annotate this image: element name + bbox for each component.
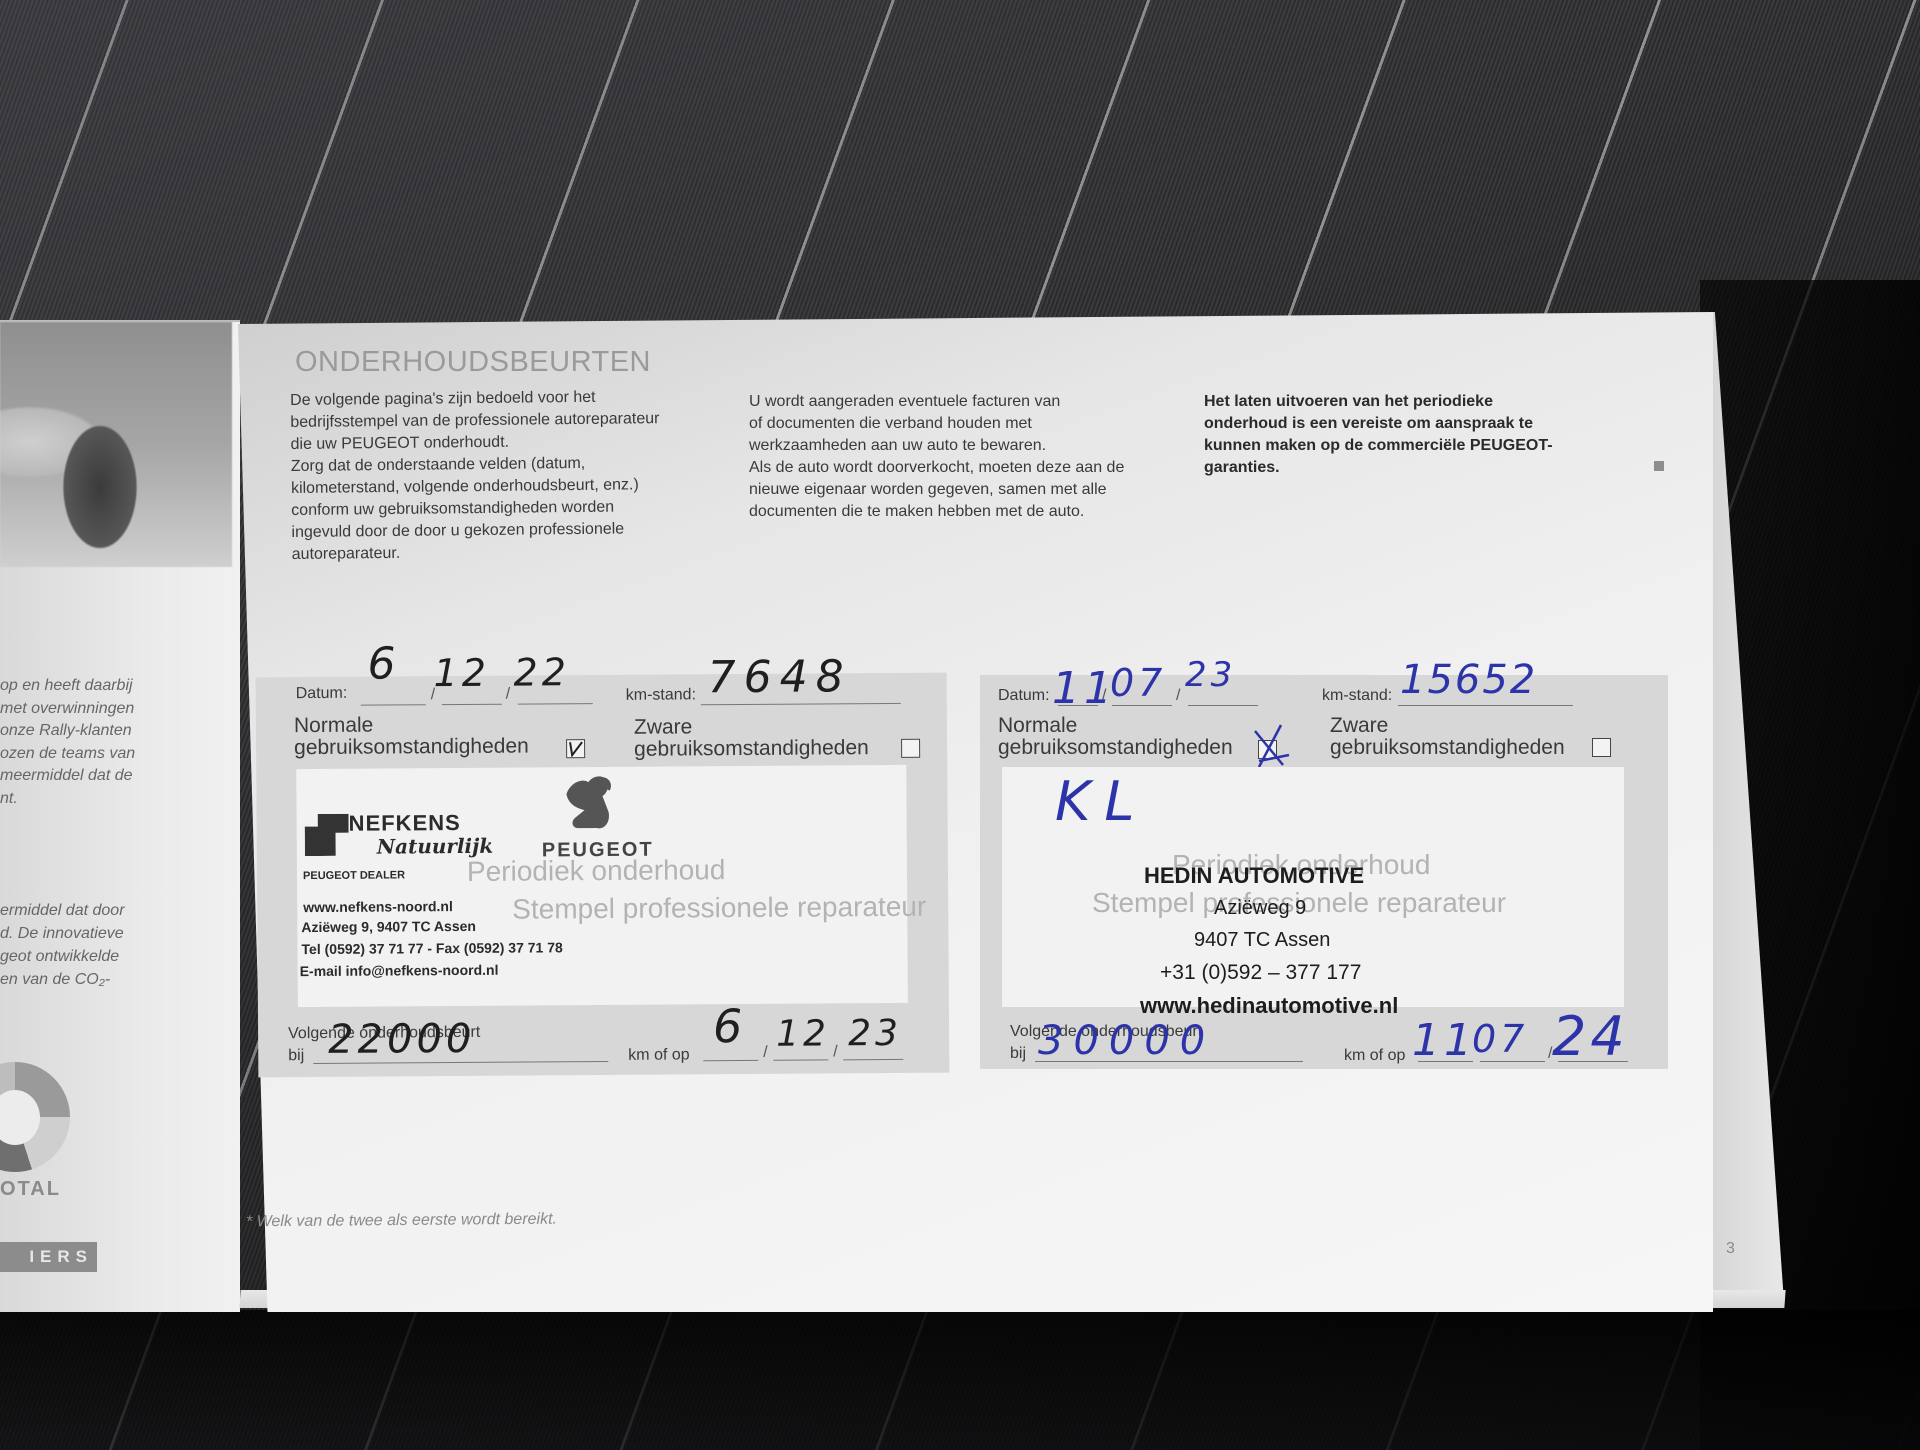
next-month-field[interactable] <box>773 1059 828 1060</box>
handwritten-next-km: 30000 <box>1038 1018 1215 1064</box>
left-page-paragraph-1: op en heeft daarbij met overwinningen on… <box>0 675 135 810</box>
handwritten-next-month: 07 <box>1472 1017 1528 1061</box>
km-stand-field[interactable] <box>1398 705 1573 706</box>
dealer-website: www.hedinautomotive.nl <box>1140 993 1398 1019</box>
cross-mark-icon <box>1253 721 1293 771</box>
stamp-watermark-stempel: Stempel professionele reparateur <box>512 891 926 926</box>
handwritten-datum-month: 07 <box>1110 661 1166 705</box>
km-stand-label: km-stand: <box>626 686 696 704</box>
text-line: nt. <box>0 788 135 811</box>
dealer-tagline: Natuurlijk <box>377 834 494 859</box>
dealer-type: PEUGEOT DEALER <box>303 869 405 882</box>
bij-label: bij <box>288 1047 304 1065</box>
dealer-name: NEFKENS <box>349 810 461 837</box>
handwritten-datum-year: 23 <box>1185 655 1236 695</box>
gebruiksomstandigheden-text: gebruiksomstandigheden <box>1330 736 1565 759</box>
datum-month-field[interactable] <box>1112 705 1172 706</box>
zware-label: Zware gebruiksomstandigheden <box>634 715 869 761</box>
rally-car-photo <box>0 322 232 567</box>
page-number: 3 <box>1726 1240 1735 1258</box>
fabric-shadow-bottom <box>0 1310 1920 1450</box>
footnote: * Welk van de twee als eerste wordt bere… <box>246 1211 557 1232</box>
date-separator: / <box>1176 687 1180 705</box>
normale-text: Normale <box>998 714 1077 737</box>
dealer-street: Aziëweg 9 <box>1214 897 1306 920</box>
handwritten-datum-month: 12 <box>433 651 490 695</box>
next-day-field[interactable] <box>703 1060 758 1061</box>
date-separator: / <box>763 1044 768 1062</box>
intro-text-bold: Het laten uitvoeren van het periodieke o… <box>1204 391 1624 479</box>
gebruiksomstandigheden-text: gebruiksomstandigheden <box>294 735 529 760</box>
handwritten-next-year: 23 <box>848 1013 902 1054</box>
gebruiksomstandigheden-text: gebruiksomstandigheden <box>634 736 869 761</box>
handwritten-next-year: 24 <box>1552 1005 1629 1068</box>
km-stand-field[interactable] <box>701 703 901 705</box>
normale-checkbox[interactable] <box>566 739 585 758</box>
handwritten-datum-day: 11 <box>1052 663 1116 714</box>
check-mark-icon <box>567 740 584 757</box>
datum-year-field[interactable] <box>1188 705 1258 706</box>
text-line: met overwinningen <box>0 698 135 721</box>
nefkens-logo-icon <box>305 814 349 856</box>
normale-label: Normale gebruiksomstandigheden <box>294 714 529 760</box>
total-logo-text: OTAL <box>0 1178 61 1201</box>
dealer-phone: +31 (0)592 – 377 177 <box>1160 961 1361 985</box>
zware-text: Zware <box>1330 714 1388 737</box>
handwritten-next-day: 11 <box>1412 1015 1476 1066</box>
left-page-paragraph-2: ermiddel dat door d. De innovatieve geot… <box>0 899 125 991</box>
handwritten-km-stand: 7648 <box>707 651 851 703</box>
handwritten-next-month: 12 <box>776 1013 830 1054</box>
datum-year-field[interactable] <box>518 703 593 705</box>
handwritten-initials: KL <box>1055 770 1149 833</box>
text-line: op en heeft daarbij <box>0 675 135 698</box>
left-page: op en heeft daarbij met overwinningen on… <box>0 320 240 1312</box>
dealer-city: 9407 TC Assen <box>1194 929 1330 952</box>
bij-label: bij <box>1010 1045 1026 1063</box>
handwritten-next-day: 6 <box>713 999 747 1053</box>
next-year-field[interactable] <box>843 1059 903 1060</box>
text-line: ozen de teams van <box>0 743 135 766</box>
datum-month-field[interactable] <box>442 704 502 705</box>
peugeot-wordmark: PEUGEOT <box>542 839 654 863</box>
stamp-area: Periodiek onderhoud Stempel professionel… <box>296 765 908 1007</box>
dealer-email: E-mail info@nefkens-noord.nl <box>300 962 499 979</box>
text-line: meermiddel dat de <box>0 765 135 788</box>
text-line: geot ontwikkelde <box>0 945 125 968</box>
dealer-phone-fax: Tel (0592) 37 71 77 - Fax (0592) 37 71 7… <box>301 939 562 957</box>
zware-checkbox[interactable] <box>1592 738 1611 757</box>
gebruiksomstandigheden-text: gebruiksomstandigheden <box>998 736 1233 759</box>
intro-text: U wordt aangeraden eventuele facturen va… <box>749 391 1189 523</box>
total-logo-icon <box>0 1062 70 1172</box>
print-mark <box>1654 461 1664 471</box>
km-of-op-label: km of op <box>1344 1047 1405 1065</box>
date-separator: / <box>506 686 511 704</box>
datum-day-field[interactable] <box>361 704 426 705</box>
normale-checkbox[interactable] <box>1258 740 1277 759</box>
text-line: ermiddel dat door <box>0 899 125 922</box>
partners-bar: IERS <box>0 1242 97 1272</box>
dealer-name: HEDIN AUTOMOTIVE <box>1144 863 1364 889</box>
datum-label: Datum: <box>998 687 1050 705</box>
text-line: d. De innovatieve <box>0 922 125 945</box>
peugeot-lion-icon <box>558 772 618 834</box>
zware-text: Zware <box>634 715 693 738</box>
dealer-website: www.nefkens-noord.nl <box>303 898 453 915</box>
km-of-op-label: km of op <box>628 1046 689 1064</box>
handwritten-datum-day: 6 <box>367 638 399 689</box>
date-separator: / <box>833 1043 838 1061</box>
normale-text: Normale <box>294 714 374 738</box>
handwritten-km-stand: 15652 <box>1400 657 1537 703</box>
text-line: onze Rally-klanten <box>0 720 135 743</box>
maintenance-entry-1: Datum: / / 6 12 22 km-stand: 7648 Normal… <box>256 673 950 1078</box>
next-month-field[interactable] <box>1480 1061 1545 1062</box>
zware-label: Zware gebruiksomstandigheden <box>1330 715 1565 759</box>
km-stand-label: km-stand: <box>1322 687 1392 705</box>
dealer-address: Aziëweg 9, 9407 TC Assen <box>301 918 476 935</box>
zware-checkbox[interactable] <box>901 739 920 758</box>
text-line: en van de CO₂- <box>0 968 125 991</box>
intro-column-2: U wordt aangeraden eventuele facturen va… <box>749 391 1189 523</box>
intro-text: De volgende pagina's zijn bedoeld voor h… <box>290 385 752 566</box>
maintenance-entry-2: Datum: / / 11 07 23 km-stand: 15652 Norm… <box>980 675 1668 1069</box>
normale-label: Normale gebruiksomstandigheden <box>998 715 1233 759</box>
page-title: ONDERHOUDSBEURTEN <box>295 346 651 379</box>
handwritten-datum-year: 22 <box>513 650 570 694</box>
intro-column-1: De volgende pagina's zijn bedoeld voor h… <box>290 385 752 566</box>
handwritten-next-km: 22000 <box>328 1016 476 1063</box>
intro-column-3: Het laten uitvoeren van het periodieke o… <box>1204 391 1624 479</box>
datum-label: Datum: <box>296 685 348 703</box>
